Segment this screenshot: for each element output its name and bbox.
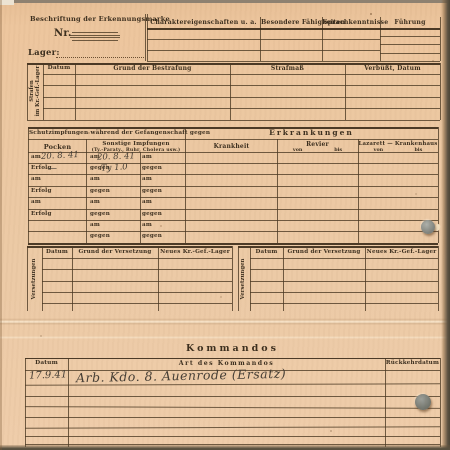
- hand-gegen-ty: Ty 1.0: [101, 162, 128, 174]
- versetzungen-left-side-label: Versetzungen: [31, 247, 39, 311]
- impf-row-label: am: [142, 154, 152, 160]
- hand-erfolg-dash: —: [47, 163, 57, 174]
- revier-von-label: von: [293, 147, 302, 153]
- scan-edge-left: [0, 0, 2, 450]
- scan-edge-top: [0, 0, 450, 3]
- versetzungen-left-col-grund: Grund der Versetzung: [72, 249, 158, 255]
- versetzungen-right-col-datum: Datum: [250, 249, 283, 255]
- versetzungen-right-col-neues-lager: Neues Kr.-Gef.-Lager: [365, 249, 438, 255]
- impfungen-title: Schutzimpfungen während der Gefangenscha…: [29, 130, 185, 136]
- impf-row-label: gegen: [142, 165, 162, 171]
- impf-row-label: gegen: [142, 188, 162, 194]
- versetzungen-right-col-grund: Grund der Versetzung: [283, 249, 365, 255]
- hand-pocken-date: 20. 8. 41: [41, 150, 79, 162]
- kommandos-col-art: Art des Kommandos: [68, 360, 385, 367]
- kommandos-col-rueckkehrdatum: Rückkehrdatum: [385, 360, 440, 366]
- erkennungsmarke-label: Beschriftung der Erkennungsmarke: [30, 15, 142, 23]
- lager-fill-line: [56, 49, 144, 58]
- strafen-col-datum: Datum: [43, 65, 75, 71]
- impf-row-label: am: [31, 176, 41, 182]
- col-besondere-faehigkeiten: Besondere Fähigkeiten: [261, 19, 321, 26]
- impf-row-label: am: [142, 199, 152, 205]
- strafen-side-label-line2: im Kr.-Gef.-Lager: [35, 66, 41, 116]
- impf-row-label: gegen: [142, 211, 162, 217]
- paper-chip: [434, 223, 441, 231]
- lazarett-von-label: von: [374, 147, 383, 153]
- impf-row-label: am: [31, 154, 41, 160]
- hand-kommando-datum: 17.9.41: [29, 369, 68, 381]
- col-charaktereigenschaften: Charaktereigenschaften u. a.: [148, 19, 259, 26]
- col-fuehrung: Führung: [381, 19, 439, 26]
- strafen-side-label: Strafen im Kr.-Gef.-Lager: [29, 47, 41, 135]
- impf-row-label: gegen: [142, 233, 162, 239]
- hole-punch-bottom: [415, 394, 431, 410]
- impf-row-label: am: [142, 222, 152, 228]
- strafen-col-grund: Grund der Bestrafung: [75, 65, 230, 72]
- hand-sonstige-date: 20. 8. 41: [97, 151, 135, 162]
- impf-row-label: gegen: [90, 188, 110, 194]
- strafen-col-strafmass: Strafmaß: [230, 65, 345, 72]
- impf-row-label: gegen: [90, 233, 110, 239]
- nr-label: Nr.: [54, 28, 72, 39]
- hand-kommando-art: Arb. Kdo. 8. Auenrode (Ersatz): [76, 366, 286, 385]
- scan-edge-bottom: [0, 445, 450, 450]
- versetzungen-right-side-label: Versetzungen: [240, 247, 248, 311]
- lazarett-von-bis: von bis: [358, 147, 438, 153]
- hole-punch-top: [421, 220, 435, 234]
- personnel-card-scan: Beschriftung der Erkennungsmarke Nr. Lag…: [0, 0, 450, 450]
- kommandos-col-datum: Datum: [25, 360, 68, 366]
- fold-crease-faint: [0, 336, 450, 339]
- impf-row-label: am: [31, 199, 41, 205]
- fold-crease: [0, 318, 450, 325]
- revier-bis-label: bis: [334, 147, 342, 153]
- scan-corner-artifact: [0, 0, 14, 5]
- impf-row-label: am: [90, 176, 100, 182]
- impf-row-label: Erfolg: [31, 188, 52, 194]
- scan-edge-right: [441, 0, 450, 450]
- versetzungen-left-col-datum: Datum: [42, 249, 72, 255]
- erkrankungen-col-krankheit: Krankheit: [186, 143, 277, 150]
- versetzungen-left-col-neues-lager: Neues Kr.-Gef.-Lager: [158, 249, 232, 255]
- impfungen-col-sonstige: Sonstige Impfungen: [87, 141, 185, 147]
- erkrankungen-title: Erkrankungen: [185, 128, 438, 137]
- impf-row-label: am: [142, 176, 152, 182]
- impf-row-label: Erfolg: [31, 211, 52, 217]
- impf-row-label: am: [90, 222, 100, 228]
- col-sprachkenntnisse: Sprachkenntnisse: [323, 19, 379, 26]
- impf-row-label: gegen: [90, 211, 110, 217]
- impf-row-label: am: [90, 199, 100, 205]
- paper-specks: [370, 13, 372, 15]
- lazarett-bis-label: bis: [414, 147, 422, 153]
- kommandos-title: Kommandos: [25, 343, 440, 354]
- strafen-col-verbuesst: Verbüßt, Datum: [345, 65, 440, 72]
- revier-von-bis: von bis: [277, 147, 358, 153]
